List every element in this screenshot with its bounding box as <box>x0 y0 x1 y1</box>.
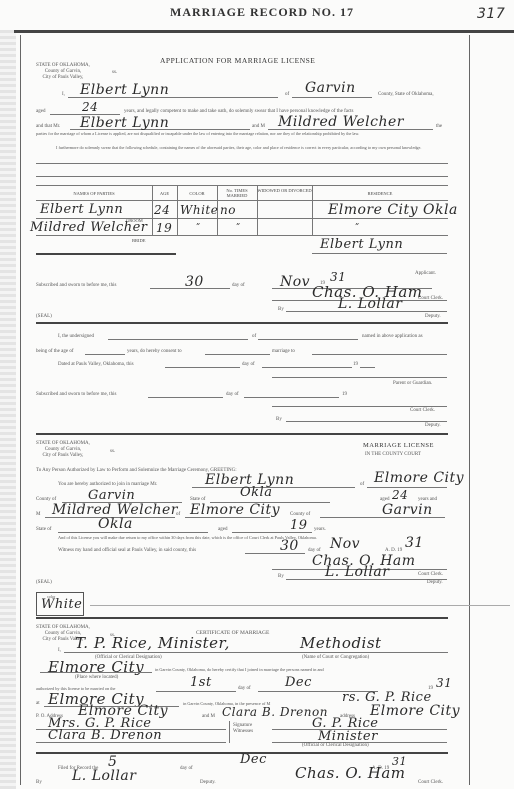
deputy-line <box>286 421 447 422</box>
deputy-label: Deputy. <box>425 314 441 319</box>
line <box>258 339 358 340</box>
header-color: COLOR <box>177 191 217 196</box>
line <box>40 672 152 673</box>
witnesses-label: Witnesses <box>233 729 253 735</box>
court-clerk-label: Court Clerk. <box>418 296 443 301</box>
of-label: of <box>360 482 364 487</box>
court-clerk-label: Court Clerk. <box>418 780 443 785</box>
license-title: MARRIAGE LICENSE <box>363 442 434 449</box>
party-name: Mildred Welcher <box>30 220 148 235</box>
party-residence: Elmore City Okla <box>328 202 458 218</box>
at-label: at <box>36 701 40 706</box>
married-month: Dec <box>285 675 312 690</box>
party-times-married: no <box>220 203 236 217</box>
seal-label: (SEAL) <box>36 314 52 319</box>
signature-witnesses-label: Signature Witnesses <box>233 723 253 735</box>
venue-city: City of Pauls Valley, <box>36 75 90 81</box>
header-times-married: No. TIMES MARRIED <box>217 188 257 198</box>
county-state-label: County, State of Oklahoma, <box>378 92 434 97</box>
return-text: And of this License you will make due re… <box>58 535 317 540</box>
witness-signature-2: Clara B. Drenon <box>48 728 162 743</box>
license-groom-age: 24 <box>392 488 408 502</box>
day-of-label: day of <box>242 362 255 367</box>
application-venue: STATE OF OKLAHOMA, County of Garvin, Cit… <box>36 63 90 81</box>
aged-label: aged <box>36 109 45 114</box>
party-age: 24 <box>154 203 170 217</box>
line <box>360 367 375 368</box>
congregation: Methodist <box>300 634 382 652</box>
scan-edge <box>0 30 16 789</box>
party-age: 19 <box>156 221 172 235</box>
dated-label: Dated at Pauls Valley, Oklahoma, this <box>58 362 134 367</box>
affiant-age: 24 <box>82 100 98 114</box>
aged-label: aged <box>218 527 227 532</box>
day-of-label: day of <box>238 686 251 691</box>
court-clerk-label: Court Clerk. <box>418 572 443 577</box>
page-number: 317 <box>477 6 505 22</box>
color-stamp: White <box>41 597 82 612</box>
record-title: MARRIAGE RECORD NO. 17 <box>170 5 354 20</box>
witness-label: Witness my hand and official seal at Pau… <box>58 548 196 553</box>
header-rule <box>14 30 514 33</box>
being-label: being of the age of <box>36 349 74 354</box>
license-month: Nov <box>330 536 360 552</box>
parent-line <box>272 377 447 378</box>
deputy-label: Deputy. <box>427 580 443 585</box>
by-label: By <box>36 780 42 785</box>
day-of-label: day of <box>232 283 245 288</box>
by-label: By <box>278 307 284 312</box>
married-year: 31 <box>436 676 452 690</box>
of-label: of <box>176 512 180 517</box>
license-groom-city: Elmore City <box>374 470 464 486</box>
groom-name: Elbert Lynn <box>80 115 169 131</box>
official-caption: (Official or Clerical Designation) <box>302 743 369 748</box>
day-of-label: day of <box>180 766 193 771</box>
license-groom-county: Garvin <box>88 488 135 503</box>
the-label: the <box>436 124 442 129</box>
state-label: State of <box>36 527 51 532</box>
party-name: Elbert Lynn <box>40 202 123 217</box>
by-label: By <box>276 417 282 422</box>
of-label: of <box>252 334 256 339</box>
year-prefix: 19 <box>342 392 347 397</box>
header-age: AGE <box>152 191 177 196</box>
filing-deputy-signature: L. Lollar <box>72 768 136 784</box>
license-venue: STATE OF OKLAHOMA, County of Garvin, Cit… <box>36 441 90 459</box>
venue-city: City of Pauls Valley, <box>36 453 90 459</box>
party-color: ” <box>196 222 201 231</box>
license-day: 30 <box>280 538 299 554</box>
of-label: of <box>285 92 289 97</box>
parties-text: parties for the marriage of whom a Licen… <box>36 131 446 136</box>
certify-text: in Garvin County, Oklahoma, do hereby ce… <box>155 667 324 672</box>
row-rule <box>36 218 448 219</box>
line <box>64 652 448 653</box>
applicant-label: Applicant. <box>415 271 436 276</box>
filed-month: Dec <box>240 752 267 767</box>
line <box>58 532 208 533</box>
affiant-county: Garvin <box>305 80 356 96</box>
row-rule <box>36 235 448 236</box>
bride-role-label: BRIDE <box>132 238 146 243</box>
marriage-to-label: marriage to <box>272 349 295 354</box>
and-that-label: and that Mr. <box>36 124 60 129</box>
license-subtitle: IN THE COUNTY COURT <box>365 452 421 457</box>
deputy-signature: L. Lollar <box>338 296 402 312</box>
deputy-line <box>286 311 447 312</box>
line <box>262 367 352 368</box>
m-label: M <box>36 512 40 517</box>
subscribed-label: Subscribed and sworn to before me, this <box>36 283 116 288</box>
bride-name: Mildred Welcher <box>278 114 404 130</box>
subscribed-label: Subscribed and sworn to before me, this <box>36 392 116 397</box>
clerk-line <box>272 406 447 407</box>
license-groom-state: Okla <box>240 485 272 500</box>
applicant-line <box>312 253 447 254</box>
rule <box>36 176 448 177</box>
party-times-married: ” <box>236 222 241 231</box>
by-label: By <box>278 574 284 579</box>
rule <box>36 163 448 164</box>
party-residence: ” <box>355 222 360 231</box>
deputy-label: Deputy. <box>200 780 216 785</box>
license-bride-state: Okla <box>98 516 133 532</box>
filing-clerk-signature: Chas. O. Ham <box>295 764 406 782</box>
county-line <box>292 97 372 98</box>
header-names: NAMES OF PARTIES <box>36 191 152 196</box>
line <box>244 397 339 398</box>
license-year: 31 <box>405 535 424 551</box>
officiant-designation: T. P. Rice, Minister, <box>75 634 230 652</box>
i-label: I, <box>58 648 61 653</box>
section-rule <box>36 617 448 619</box>
party-color: White <box>180 203 218 217</box>
line <box>148 397 223 398</box>
applicant-signature: Elbert Lynn <box>320 237 403 252</box>
further-text: I furthermore do solemnly swear that the… <box>36 145 446 151</box>
color-stamp-box: color White <box>36 592 84 616</box>
place-located: Elmore City <box>48 658 144 676</box>
line <box>156 691 236 692</box>
named-label: named in above application as <box>362 334 423 339</box>
row-rule <box>36 200 448 201</box>
subscribed-day: 30 <box>185 274 204 290</box>
court-clerk-label: Court Clerk. <box>410 408 435 413</box>
years-label: years. <box>314 527 326 532</box>
rule <box>36 185 448 186</box>
and-m-label: and M <box>252 124 265 129</box>
application-title: APPLICATION FOR MARRIAGE LICENSE <box>160 56 315 65</box>
line <box>108 339 248 340</box>
line <box>36 742 226 743</box>
subscribed-year: 31 <box>330 270 346 284</box>
brace <box>229 721 230 743</box>
header-widowed: WIDOWED OR DIVORCED <box>257 188 312 193</box>
rule <box>90 605 510 606</box>
undersigned-label: I, the undersigned <box>58 334 94 339</box>
venue-ss: ss. <box>112 70 117 75</box>
rule <box>36 253 176 255</box>
license-bride-county: Garvin <box>382 502 433 518</box>
authorized-label: You are hereby authorized to join in mar… <box>58 482 157 487</box>
license-bride-age: 19 <box>290 518 308 533</box>
county-label: County of <box>290 512 310 517</box>
line <box>312 354 447 355</box>
line <box>85 354 125 355</box>
day-of-label: day of <box>226 392 239 397</box>
section-rule <box>36 322 448 324</box>
affiant-label: I, <box>62 92 65 97</box>
and-m-label: and M <box>202 714 215 719</box>
year-prefix: 19 <box>353 362 358 367</box>
affiant-name: Elbert Lynn <box>80 82 169 98</box>
line <box>205 354 270 355</box>
section-rule <box>36 433 448 435</box>
married-day: 1st <box>190 675 212 690</box>
witness2-address: Elmore City <box>370 703 460 719</box>
deputy-line <box>286 579 447 580</box>
line <box>165 367 240 368</box>
venue-ss: ss. <box>110 449 115 454</box>
deputy-label: Deputy. <box>425 423 441 428</box>
parent-label: Parent or Guardian. <box>393 381 432 386</box>
consent-label: years, do hereby consent to <box>127 349 182 354</box>
place-caption: (Place where located) <box>75 675 118 680</box>
congregation-caption: (Name of Court or Congregation) <box>302 655 369 660</box>
license-bride-city: Elmore City <box>190 502 280 518</box>
header-residence: RESIDENCE <box>312 191 448 196</box>
subscribed-month: Nov <box>280 274 310 290</box>
license-deputy-signature: L. Lollar <box>325 564 389 580</box>
seal-label: (SEAL) <box>36 580 52 585</box>
